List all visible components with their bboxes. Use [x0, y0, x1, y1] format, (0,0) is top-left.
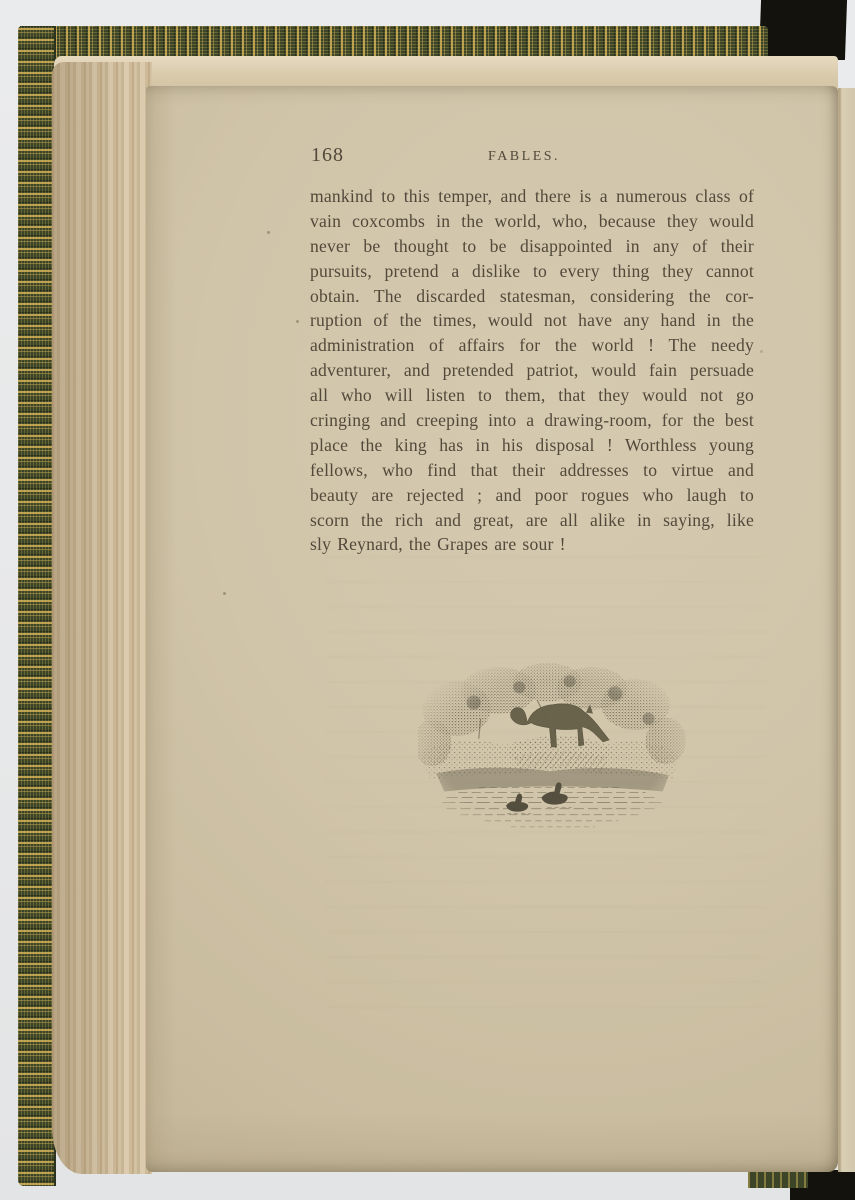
text-line: cringing and creeping into a drawing-roo… — [310, 408, 754, 433]
text-line: pursuits, pretend a dislike to every thi… — [310, 259, 754, 284]
text-line: adventurer, and pretended patriot, would… — [310, 358, 754, 383]
text-line: vain coxcombs in the world, who, because… — [310, 209, 754, 234]
foxing-spot — [760, 350, 763, 353]
fox-and-ducks-vignette — [418, 660, 686, 840]
running-header: FABLES. — [310, 149, 738, 165]
photographed-book-page: 168 FABLES. mankind to this temper, and … — [0, 0, 855, 1200]
text-line: all who will listen to them, that they w… — [310, 383, 754, 408]
foxing-spot — [267, 231, 270, 234]
text-line: ruption of the times, would not have any… — [310, 308, 754, 333]
foxing-spot — [296, 320, 299, 323]
gilt-tooled-cover-spine-edge — [18, 26, 56, 1186]
page-fore-edge — [52, 62, 152, 1174]
page-header: 168 FABLES. — [310, 144, 754, 174]
book-page: 168 FABLES. mankind to this temper, and … — [146, 86, 838, 1172]
text-line: mankind to this temper, and there is a n… — [310, 184, 754, 209]
body-text: mankind to this temper, and there is a n… — [310, 184, 754, 557]
text-block: 168 FABLES. mankind to this temper, and … — [310, 144, 754, 557]
text-line: obtain. The discarded statesman, conside… — [310, 284, 754, 309]
text-line: place the king has in his disposal ! Wor… — [310, 433, 754, 458]
text-line: scorn the rich and great, are all alike … — [310, 508, 754, 533]
page-gutter-next-page — [838, 88, 855, 1172]
text-line: fellows, who find that their addresses t… — [310, 458, 754, 483]
foxing-spot — [223, 592, 226, 595]
gilt-tooled-cover-top-edge — [20, 26, 768, 60]
background-void-top-right — [759, 0, 847, 60]
text-line: administration of affairs for the world … — [310, 333, 754, 358]
text-line: never be thought to be disappointed in a… — [310, 234, 754, 259]
text-line: beauty are rejected ; and poor rogues wh… — [310, 483, 754, 508]
text-line: sly Reynard, the Grapes are sour ! — [310, 532, 754, 557]
